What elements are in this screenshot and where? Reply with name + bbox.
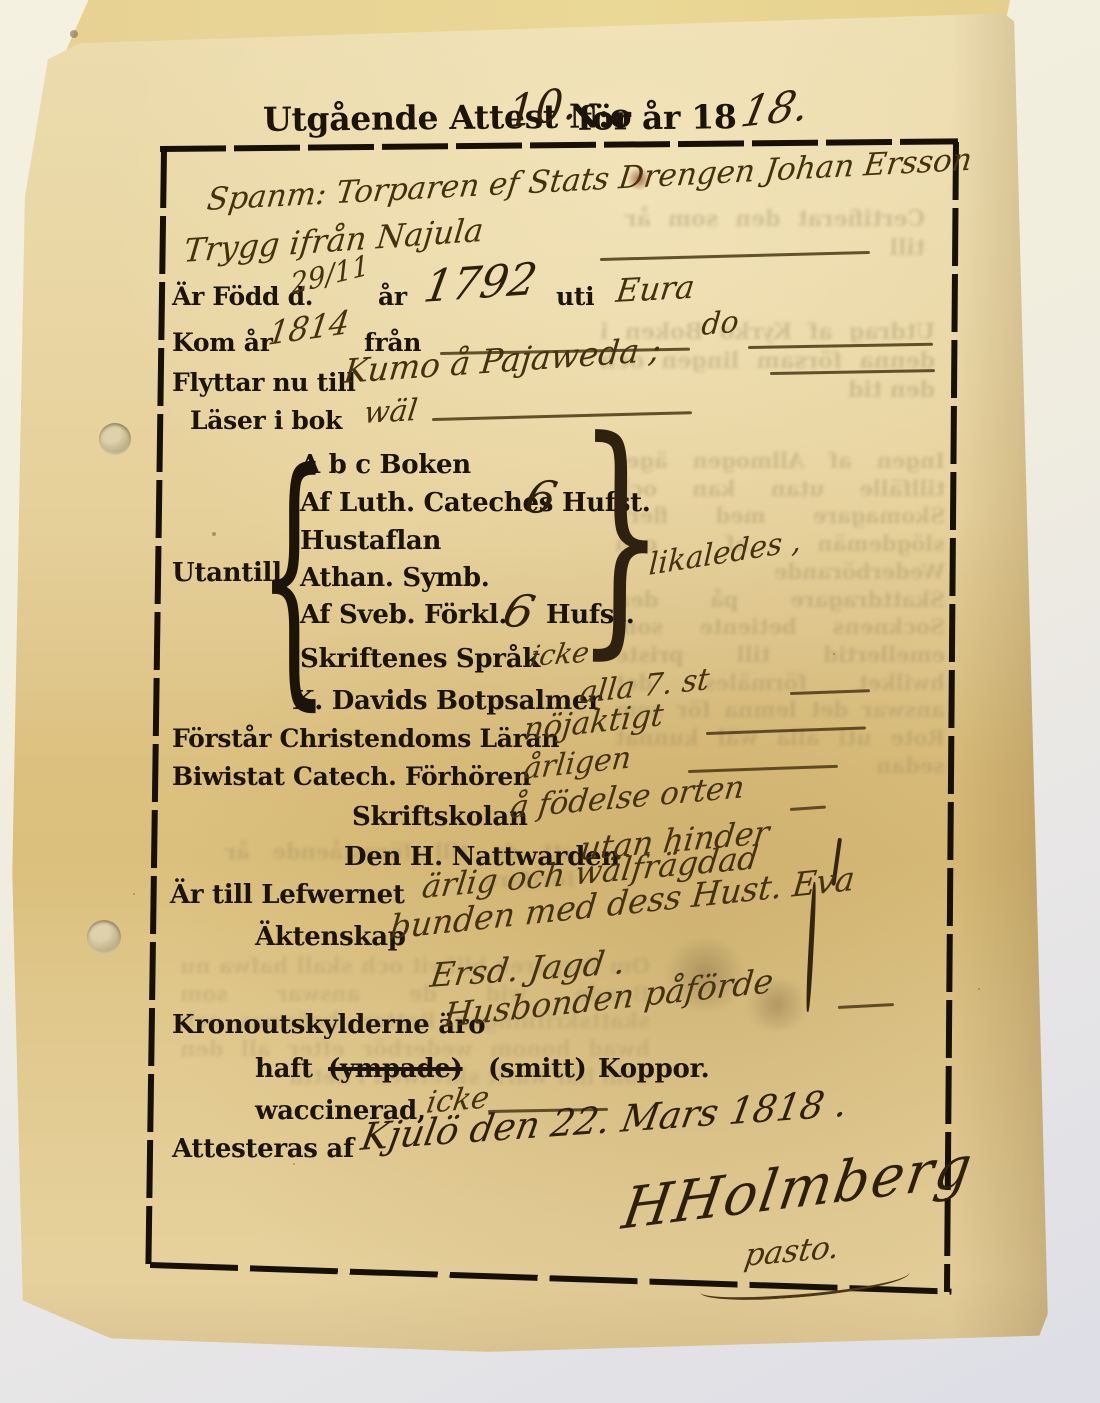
title-written-year: 18. <box>737 80 814 137</box>
school-label: Skriftskolan <box>352 802 528 832</box>
moves-label: Flyttar nu till <box>172 368 356 397</box>
utantill-item-label: Af Luth. Cateches <box>300 488 553 518</box>
pox-label-struck: (ympade) <box>328 1054 463 1084</box>
scanned-church-attest-1818: Certifierat den som år till Utdrag af Ky… <box>0 0 1100 1403</box>
handwritten-brace: } <box>576 408 667 663</box>
punch-hole-top <box>99 423 131 455</box>
understands-label: Förstår Christendoms Läran <box>172 724 559 753</box>
utantill-item-label: Hustaflan <box>300 526 441 556</box>
utantill-item-label: A b c Boken <box>300 450 471 480</box>
reads-written-value: wäl <box>362 393 419 431</box>
title-written-number: 10. <box>506 77 579 139</box>
conduct-label: Är till Lefwernet <box>170 880 405 910</box>
title-printed-right: för år 18 <box>578 97 737 138</box>
utantill-item-label: Skriftenes Språk <box>300 644 540 674</box>
taxes-label: Kronoutskylderne äro <box>172 1010 485 1040</box>
utantill-item-label: Athan. Symb. <box>300 563 490 593</box>
pox-label-koppor: Koppor. <box>598 1054 709 1084</box>
attested-label: Attesteras af <box>172 1134 354 1164</box>
punch-hole-bottom <box>87 920 121 954</box>
pox-label-haft: haft <box>255 1054 313 1084</box>
came-label: Kom år <box>172 328 273 357</box>
pox-label-smitt: (smitt) <box>488 1054 587 1084</box>
born-written-place: Eura <box>614 268 697 310</box>
born-written-year: 1792 <box>420 253 541 313</box>
marriage-label: Äktenskap <box>255 922 406 952</box>
utantill-item-label: Af Sveb. Förkl. <box>300 600 507 630</box>
came-written-ditto: do <box>700 304 740 343</box>
born-label-uti: uti <box>556 282 594 311</box>
born-label-year: år <box>378 282 407 311</box>
attended-label: Biwistat Catech. Förhören <box>172 762 531 791</box>
